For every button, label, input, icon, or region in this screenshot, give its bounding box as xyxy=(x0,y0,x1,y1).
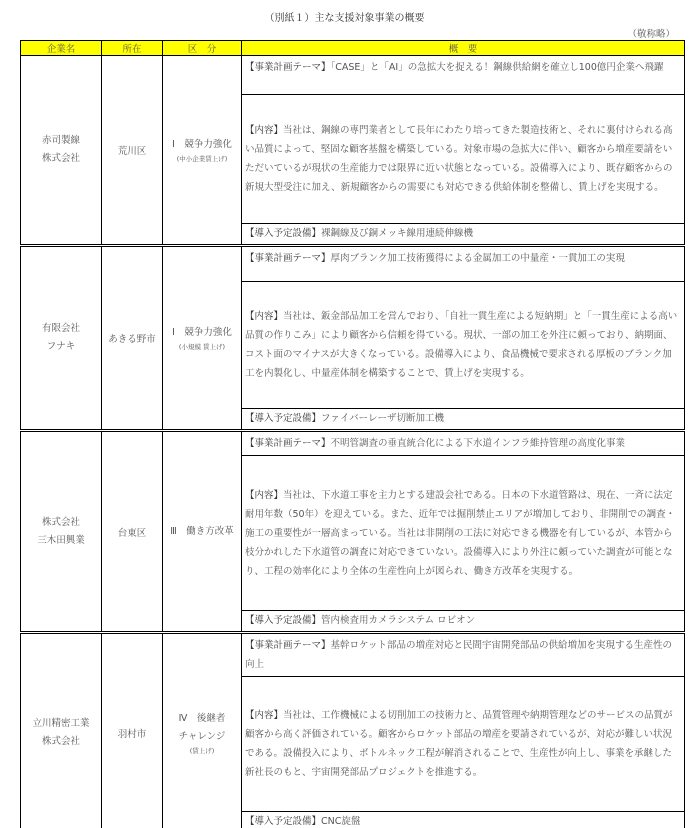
equipment-cell: 【導入予定設備】ファイバーレーザ切断加工機 xyxy=(242,409,685,431)
company-cell: 有限会社 フナキ xyxy=(21,246,102,431)
table-header-row: 企業名 所在 区 分 概 要 xyxy=(21,41,685,56)
company-cell: 株式会社 三木田興業 xyxy=(21,431,102,633)
support-projects-table: 企業名 所在 区 分 概 要 赤司製線 株式会社 荒川区 Ⅰ 競争力強化 (中小… xyxy=(20,40,685,828)
category-cell: Ⅲ 働き方改革 xyxy=(163,431,242,633)
document-title: （別紙１）主な支援対象事業の概要 xyxy=(0,9,689,24)
content-cell: 【内容】当社は、鋼線の専門業者として長年にわたり培ってきた製造技術と、それに裏付… xyxy=(242,95,685,224)
equipment-label: 【導入予定設備】 xyxy=(245,615,321,626)
category-sub: (賃上げ) xyxy=(163,746,241,756)
equipment-cell: 【導入予定設備】裸鋼線及び銅メッキ線用連続伸線機 xyxy=(242,224,685,246)
location-cell: 荒川区 xyxy=(102,56,163,246)
content-label: 【内容】 xyxy=(245,125,283,136)
table-row: 赤司製線 株式会社 荒川区 Ⅰ 競争力強化 (中小企業賃上げ) 【事業計画テーマ… xyxy=(21,56,685,95)
content-text: 当社は、下水道工事を主力とする建設会社である。日本の下水道管路は、現在、一斉に法… xyxy=(245,490,675,577)
company-name-line2: 株式会社 xyxy=(21,733,101,751)
theme-cell: 【事業計画テーマ】「CASE」と「AI」の急拡大を捉える！鋼線供給網を確立し10… xyxy=(242,56,685,95)
equipment-cell: 【導入予定設備】管内検査用カメラシステム ロビオン xyxy=(242,611,685,633)
content-text: 当社は、鈑金部品加工を営んでおり、「自社一貫生産による短納期」と「一貫生産による… xyxy=(245,311,677,379)
location-cell: あきる野市 xyxy=(102,246,163,431)
category-label-line2: チャレンジ xyxy=(163,728,241,746)
theme-text: 厚肉ブランク加工技術獲得による金属加工の中量産・一貫加工の実現 xyxy=(331,253,625,264)
location-cell: 羽村市 xyxy=(102,633,163,828)
company-name-line2: 株式会社 xyxy=(21,150,101,168)
content-cell: 【内容】当社は、下水道工事を主力とする建設会社である。日本の下水道管路は、現在、… xyxy=(242,456,685,611)
company-cell: 立川精密工業 株式会社 xyxy=(21,633,102,828)
theme-text: 「CASE」と「AI」の急拡大を捉える！鋼線供給網を確立し100億円企業へ飛躍 xyxy=(331,62,664,73)
honorifics-note: （敬称略） xyxy=(627,26,675,40)
theme-cell: 【事業計画テーマ】不明管調査の垂直統合化による下水道インフラ維持管理の高度化事業 xyxy=(242,431,685,456)
content-cell: 【内容】当社は、鈑金部品加工を営んでおり、「自社一貫生産による短納期」と「一貫生… xyxy=(242,282,685,409)
category-cell: Ⅳ 後継者 チャレンジ (賃上げ) xyxy=(163,633,242,828)
category-sub: (小規模 賃上げ) xyxy=(163,342,241,352)
equipment-text: 管内検査用カメラシステム ロビオン xyxy=(321,615,475,626)
header-overview: 概 要 xyxy=(242,41,685,56)
category-sub: (中小企業賃上げ) xyxy=(163,154,241,164)
content-cell: 【内容】当社は、工作機械による切削加工の技術力と、品質管理や納期管理などのサービ… xyxy=(242,677,685,812)
category-cell: Ⅰ 競争力強化 (小規模 賃上げ) xyxy=(163,246,242,431)
header-category: 区 分 xyxy=(163,41,242,56)
company-name-line2: 三木田興業 xyxy=(21,532,101,550)
category-label: Ⅲ 働き方改革 xyxy=(163,523,241,541)
content-text: 当社は、工作機械による切削加工の技術力と、品質管理や納期管理などのサービスの品質… xyxy=(245,710,673,778)
company-cell: 赤司製線 株式会社 xyxy=(21,56,102,246)
theme-text: 不明管調査の垂直統合化による下水道インフラ維持管理の高度化事業 xyxy=(331,438,626,449)
header-location: 所在 xyxy=(102,41,163,56)
theme-cell: 【事業計画テーマ】基幹ロケット部品の増産対応と民間宇宙開発部品の供給増加を実現す… xyxy=(242,633,685,677)
equipment-text: CNC旋盤 xyxy=(321,816,360,827)
equipment-cell: 【導入予定設備】CNC旋盤 xyxy=(242,812,685,828)
category-label: Ⅰ 競争力強化 xyxy=(163,136,241,154)
category-cell: Ⅰ 競争力強化 (中小企業賃上げ) xyxy=(163,56,242,246)
theme-cell: 【事業計画テーマ】厚肉ブランク加工技術獲得による金属加工の中量産・一貫加工の実現 xyxy=(242,246,685,282)
content-label: 【内容】 xyxy=(245,490,283,501)
content-text: 当社は、鋼線の専門業者として長年にわたり培ってきた製造技術と、それに裏付けられる… xyxy=(245,125,673,193)
theme-label: 【事業計画テーマ】 xyxy=(245,253,331,264)
company-name-line1: 立川精密工業 xyxy=(21,715,101,733)
equipment-text: ファイバーレーザ切断加工機 xyxy=(321,413,444,424)
content-label: 【内容】 xyxy=(245,311,283,322)
table-row: 立川精密工業 株式会社 羽村市 Ⅳ 後継者 チャレンジ (賃上げ) 【事業計画テ… xyxy=(21,633,685,677)
company-name-line1: 赤司製線 xyxy=(21,132,101,150)
table-row: 株式会社 三木田興業 台東区 Ⅲ 働き方改革 【事業計画テーマ】不明管調査の垂直… xyxy=(21,431,685,456)
category-label: Ⅳ 後継者 xyxy=(163,710,241,728)
header-company: 企業名 xyxy=(21,41,102,56)
location-cell: 台東区 xyxy=(102,431,163,633)
theme-label: 【事業計画テーマ】 xyxy=(245,640,331,651)
equipment-label: 【導入予定設備】 xyxy=(245,228,321,239)
content-label: 【内容】 xyxy=(245,710,283,721)
theme-label: 【事業計画テーマ】 xyxy=(245,438,331,449)
company-name-line1: 有限会社 xyxy=(21,320,101,338)
company-name-line1: 株式会社 xyxy=(21,514,101,532)
equipment-text: 裸鋼線及び銅メッキ線用連続伸線機 xyxy=(321,228,473,239)
equipment-label: 【導入予定設備】 xyxy=(245,816,321,827)
category-label: Ⅰ 競争力強化 xyxy=(163,324,241,342)
theme-label: 【事業計画テーマ】 xyxy=(245,62,331,73)
company-name-line2: フナキ xyxy=(21,338,101,356)
table-row: 有限会社 フナキ あきる野市 Ⅰ 競争力強化 (小規模 賃上げ) 【事業計画テー… xyxy=(21,246,685,282)
equipment-label: 【導入予定設備】 xyxy=(245,413,321,424)
